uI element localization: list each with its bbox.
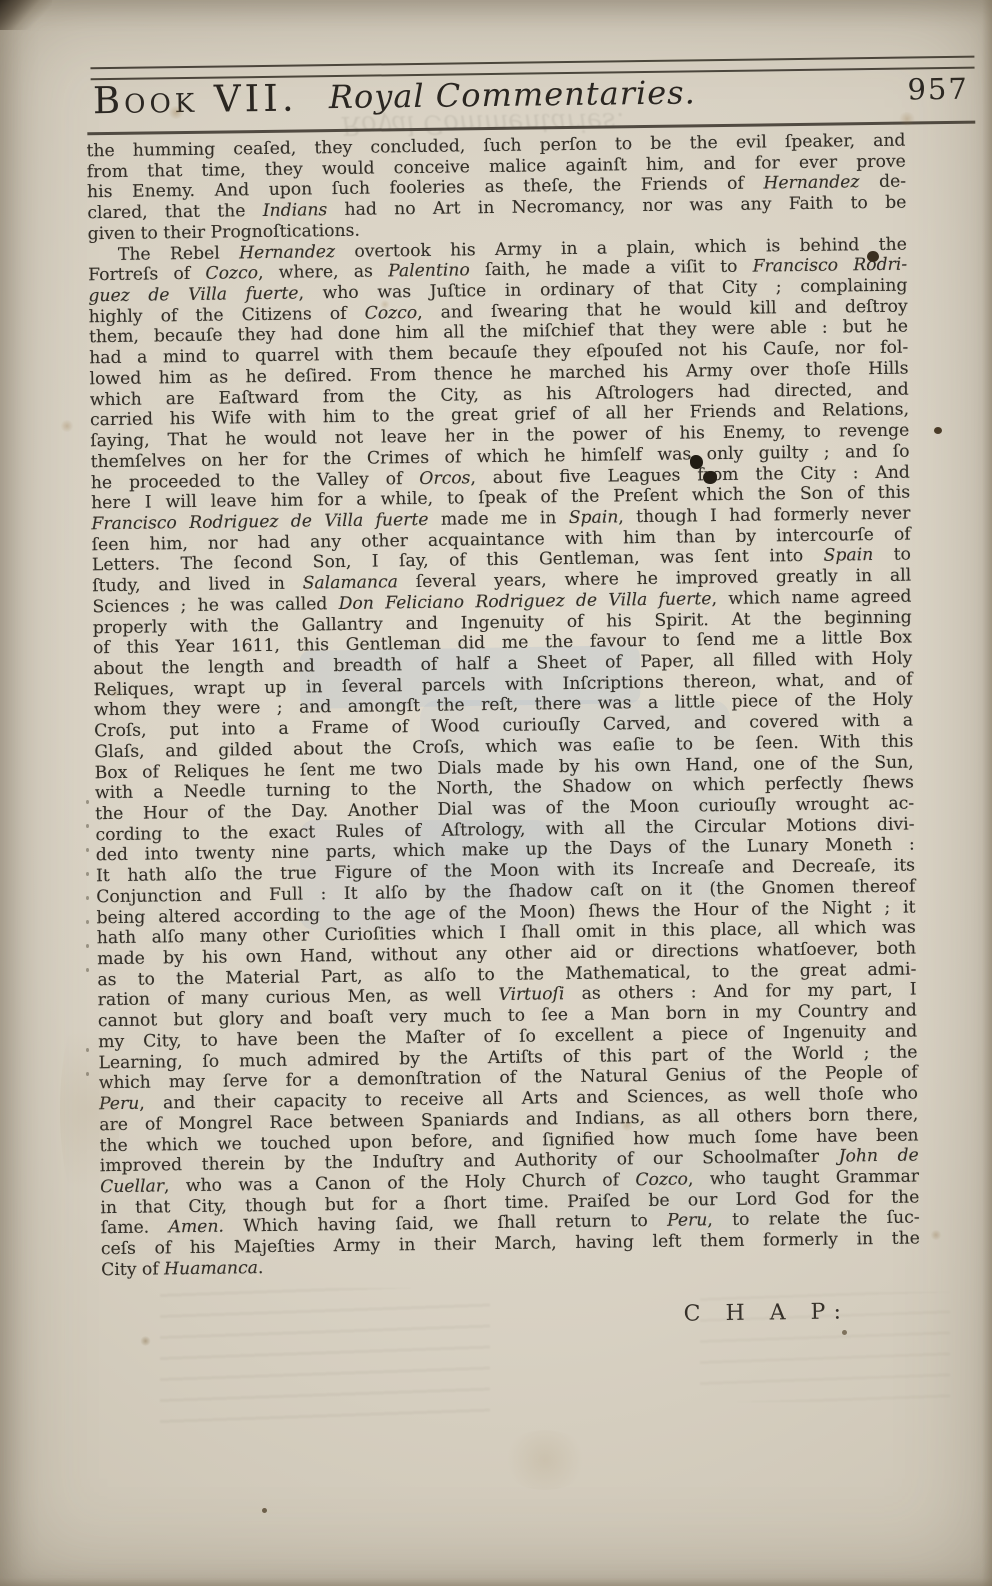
italic-text: Francisco Rodri- <box>753 255 908 277</box>
italic-text: Cozco <box>365 303 418 324</box>
roman-text: ſtudy, and lived in <box>92 574 303 597</box>
book-label: BOOK VII. <box>93 79 298 126</box>
roman-text: City of <box>101 1259 164 1280</box>
italic-text: Spain <box>823 545 873 566</box>
margin-speck <box>86 1072 89 1076</box>
dark-corner <box>0 0 52 30</box>
scanned-book-page: { "page": { "book_label_initial": "B", "… <box>0 0 992 1586</box>
italic-text: Indians <box>263 200 328 221</box>
running-header: BOOK VII. Royal Commentaries. 957 Royal … <box>91 70 976 128</box>
roman-text: , to relate the ſuc- <box>707 1208 920 1231</box>
page-edge-shadow <box>982 0 992 1586</box>
italic-text: Amen. <box>168 1217 224 1238</box>
italic-text: John de <box>839 1146 919 1167</box>
roman-text: , though I had formerly never <box>618 503 910 527</box>
body-text: the humming ceaſed, they concluded, ſuch… <box>86 131 920 1281</box>
roman-text: to <box>873 545 911 565</box>
page-number: 957 <box>907 72 969 107</box>
italic-text: Spain <box>569 507 619 528</box>
italic-text: Virtuoſi <box>498 985 564 1006</box>
roman-text: highly of the Citizens of <box>89 303 365 327</box>
italic-text: Cuellar <box>100 1176 164 1197</box>
page-content: BOOK VII. Royal Commentaries. 957 Royal … <box>0 0 992 1586</box>
roman-text: The Rebel <box>118 243 239 265</box>
roman-text: given to their Prognoſtications. <box>88 221 360 245</box>
margin-speck <box>86 944 89 948</box>
italic-text: Cozco <box>635 1169 688 1190</box>
italic-text: Hernandez <box>239 242 335 263</box>
roman-text: , where, as <box>258 262 388 284</box>
margin-speck <box>86 872 89 876</box>
italic-text: Peru <box>99 1094 140 1115</box>
roman-text: Fortreſs of <box>88 264 206 286</box>
italic-text: Hernandez <box>763 173 859 194</box>
margin-speck <box>86 896 89 900</box>
margin-speck <box>86 824 89 828</box>
margin-speck <box>86 920 89 924</box>
roman-text: . <box>258 1258 264 1278</box>
roman-text: clared, that the <box>87 201 263 223</box>
page-edge-shadow <box>0 1578 992 1586</box>
roman-text: ſaith, he made a viſit to <box>470 257 753 281</box>
roman-text: ſame. <box>101 1218 169 1239</box>
italic-text: Palentino <box>388 261 470 282</box>
catchword: C H A P: <box>667 1299 867 1327</box>
italic-text: Cozco <box>205 263 258 284</box>
margin-speck <box>86 848 89 852</box>
italic-text: guez de Villa fuerte <box>88 284 298 307</box>
roman-text: , who taught Grammar <box>688 1166 919 1189</box>
italic-text: Huamanca <box>164 1258 258 1279</box>
roman-text: , which name agreed <box>711 586 911 609</box>
margin-speck <box>86 800 89 804</box>
roman-text: Sciences ; he was called <box>92 594 338 617</box>
italic-text: Orcos <box>419 468 470 489</box>
roman-text: de- <box>859 172 906 193</box>
roman-text: made me in <box>428 508 568 530</box>
italic-text: Salamanca <box>303 572 399 593</box>
margin-speck <box>86 1048 89 1052</box>
italic-text: Peru <box>667 1211 708 1232</box>
margin-speck <box>86 968 89 972</box>
